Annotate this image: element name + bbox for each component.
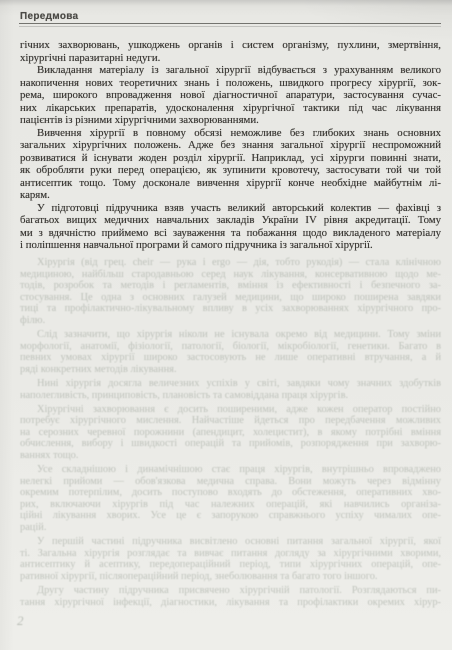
header-rule <box>19 23 441 27</box>
text-line: Другу частину підручника присвячено хіру… <box>20 585 441 597</box>
text-line: на серозних черевної порожнини (апендици… <box>20 427 441 439</box>
text-line: Нині хірургія досягла величезних успіхів… <box>20 378 441 390</box>
text-line: філю. <box>20 315 441 327</box>
text-line: стосування. Це одна з основних галузей м… <box>20 292 441 304</box>
text-line: хірургічні паразитарні недуги. <box>20 52 441 65</box>
scanned-book-page: Передмова гічних захворювань, ушкоджень … <box>0 0 452 650</box>
text-line: антисептику й асептику, передопераційний… <box>20 559 441 571</box>
chapter-title: Передмова <box>20 11 78 22</box>
text-line: ми з вдячністю приймемо всі зауваження т… <box>20 227 441 240</box>
text-line: морфології, анатомії, фізіології, патоло… <box>20 341 441 353</box>
text-line: накопичення нових теоретичних знань і по… <box>20 77 441 90</box>
text-line: тодів, розробок та методів і регламентів… <box>20 280 441 292</box>
text-line: багатьох вищих медичних навчальних закла… <box>20 214 441 227</box>
text-line: рих, включаючи хірургів під час належних… <box>20 499 441 511</box>
text-line: тання хірургічної інфекції, діагностики,… <box>20 597 441 609</box>
text-line: потребує хірургічного мислення. Найчасті… <box>20 415 441 427</box>
text-line: пацієнтів із різними хірургічними захвор… <box>20 114 441 127</box>
text-line: ційні лікування хворих. Усе це є запорук… <box>20 510 441 522</box>
text-line: Вивчення хірургії в повному обсязі немож… <box>20 127 441 140</box>
text-line: ративної хірургії, післяопераційний пері… <box>20 571 441 583</box>
text-line: рема, широкого впровадження нової діагно… <box>20 89 441 102</box>
text-line: певних умовах хірургії широко застосовую… <box>20 352 441 364</box>
text-line: Хірургічні захворювання є досить поширен… <box>20 404 441 416</box>
text-line: нелегкі прийоми — обов'язкова медична сп… <box>20 476 441 488</box>
text-line: як обробляти руки перед операцією, як зу… <box>20 164 441 177</box>
text-line: Хірургія (від грец. cheir — рука і ergo … <box>20 257 441 269</box>
text-line: загальних хірургічних положень. Адже без… <box>20 139 441 152</box>
text-line: окремим потерпілим, досить поступово вхо… <box>20 487 441 499</box>
text-line: тиці та профілактично-лікувальному вплив… <box>20 303 441 315</box>
text-line: наполегливість, принциповість, плановіст… <box>20 390 441 402</box>
text-line: гічних захворювань, ушкоджень органів і … <box>20 39 441 52</box>
text-line: Викладання матеріалу із загальної хірург… <box>20 64 441 77</box>
text-line: обчислення, вибору і швидкості операцій … <box>20 438 441 450</box>
text-line: карям. <box>20 189 441 202</box>
text-line: Слід зазначити, що хірургія ніколи не іс… <box>20 329 441 341</box>
main-text-block: гічних захворювань, ушкоджень органів і … <box>20 39 441 252</box>
text-line: них лікарських препаратів, удосконалення… <box>20 102 441 115</box>
ghost-text-block: Хірургія (від грец. cheir — рука і ergo … <box>20 257 441 608</box>
ghost-page-number: 2 <box>17 613 24 629</box>
text-line: медициною, найбільш стародавньою серед н… <box>20 269 441 281</box>
text-line: ті. Загальна хірургія розглядає та вивча… <box>20 548 441 560</box>
text-line: розвиватися й існувати жоден розділ хіру… <box>20 152 441 165</box>
text-line: Усе складнішою і динамічнішою стає праця… <box>20 464 441 476</box>
text-line: антисептик тощо. Тому досконале вивчення… <box>20 177 441 190</box>
text-line: У підготовці підручника взяв участь вели… <box>20 202 441 215</box>
text-line: У першій частині підручника висвітлено о… <box>20 536 441 548</box>
text-line: ваннях тощо. <box>20 450 441 462</box>
text-line: ряді конкретних методів лікування. <box>20 364 441 376</box>
text-line: і поліпшення навчальної програми й самог… <box>20 239 441 252</box>
text-line: рацій. <box>20 522 441 534</box>
